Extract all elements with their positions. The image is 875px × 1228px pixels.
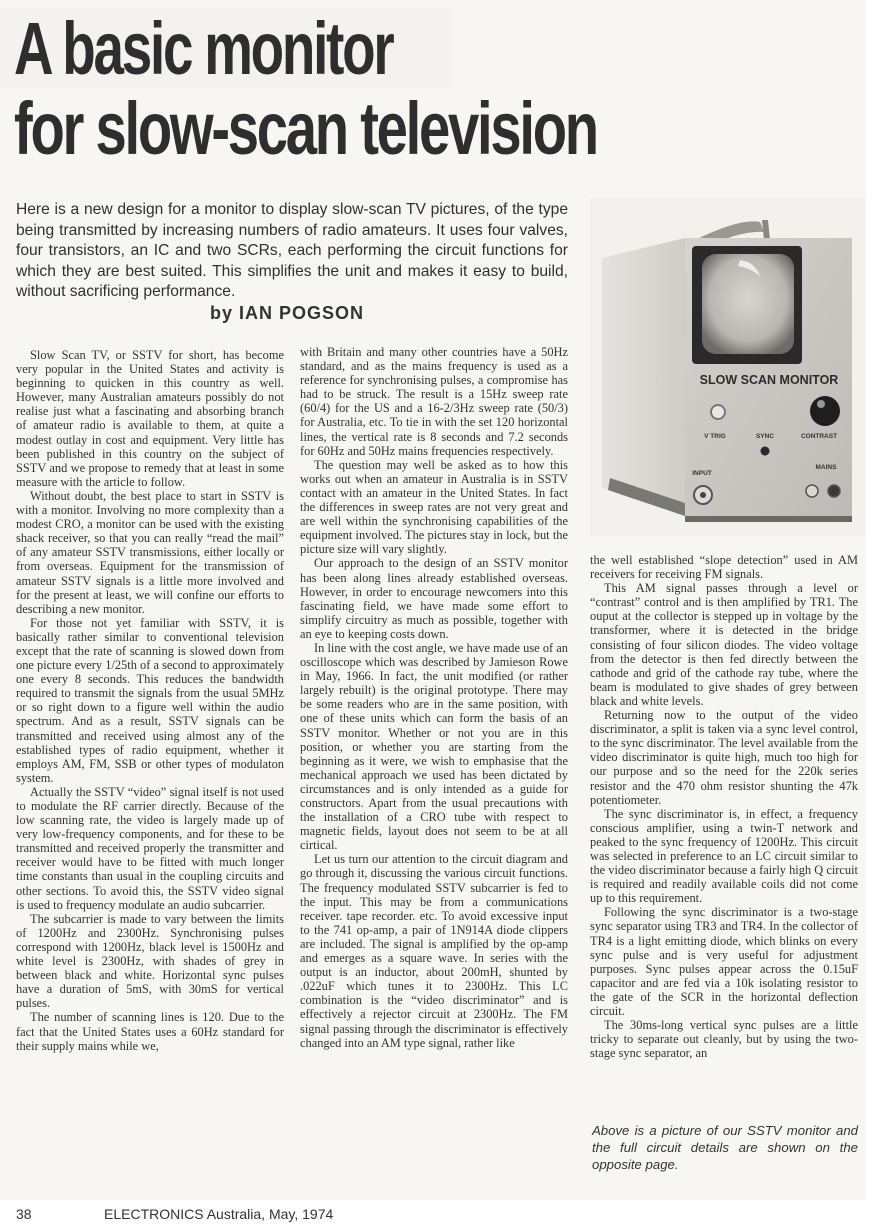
paragraph: The number of scanning lines is 120. Due… [16, 1010, 284, 1052]
paragraph: The question may well be asked as to how… [300, 458, 568, 557]
monitor-photo: SLOW SCAN MONITOR V TRIG SYNC CONTRAST I… [590, 198, 865, 536]
paragraph: Actually the SSTV “video” signal itself … [16, 785, 284, 912]
crt-screen [702, 254, 794, 354]
contrast-knob [810, 396, 840, 426]
svg-text:SYNC: SYNC [756, 433, 774, 440]
mains-lamp [828, 485, 840, 497]
paragraph: In line with the cost angle, we have mad… [300, 641, 568, 852]
paragraph: the well established “slope detection” u… [590, 553, 858, 581]
page-number: 38 [16, 1206, 32, 1222]
paragraph: The subcarrier is made to vary between t… [16, 912, 284, 1011]
paragraph: The sync discriminator is, in effect, a … [590, 807, 858, 906]
paragraph: Following the sync discriminator is a tw… [590, 905, 858, 1018]
paragraph: This AM signal passes through a level or… [590, 581, 858, 708]
paragraph: Without doubt, the best place to start i… [16, 489, 284, 616]
headline-line-2: for slow-scan television [14, 86, 597, 171]
byline: by IAN POGSON [210, 303, 364, 324]
paragraph: Slow Scan TV, or SSTV for short, has bec… [16, 348, 284, 489]
paragraph: with Britain and many other countries ha… [300, 345, 568, 458]
svg-text:MAINS: MAINS [816, 464, 838, 471]
sstv-monitor-illustration: SLOW SCAN MONITOR V TRIG SYNC CONTRAST I… [590, 198, 865, 536]
paragraph: Returning now to the output of the video… [590, 708, 858, 807]
svg-text:INPUT: INPUT [692, 470, 712, 477]
body-column-2: with Britain and many other countries ha… [300, 345, 568, 1050]
photo-caption: Above is a picture of our SSTV monitor a… [592, 1122, 858, 1173]
paragraph: For those not yet familiar with SSTV, it… [16, 616, 284, 785]
panel-label: SLOW SCAN MONITOR [700, 373, 839, 387]
headline-line-1: A basic monitor [14, 6, 392, 91]
body-column-1: Slow Scan TV, or SSTV for short, has bec… [16, 348, 284, 1053]
paragraph: The 30ms-long vertical sync pulses are a… [590, 1018, 858, 1060]
v-trig-button [711, 405, 725, 419]
cabinet-side [602, 238, 685, 516]
page-footer: 38 ELECTRONICS Australia, May, 1974 [0, 1205, 875, 1227]
paragraph: Let us turn our attention to the circuit… [300, 852, 568, 1049]
svg-text:CONTRAST: CONTRAST [801, 433, 837, 440]
svg-text:V TRIG: V TRIG [704, 433, 726, 440]
mains-switch [806, 485, 818, 497]
body-column-3: the well established “slope detection” u… [590, 553, 858, 1060]
sync-led [761, 447, 770, 456]
paragraph: Our approach to the design of an SSTV mo… [300, 556, 568, 641]
standfirst: Here is a new design for a monitor to di… [16, 200, 568, 303]
publication-issue: ELECTRONICS Australia, May, 1974 [104, 1206, 333, 1222]
